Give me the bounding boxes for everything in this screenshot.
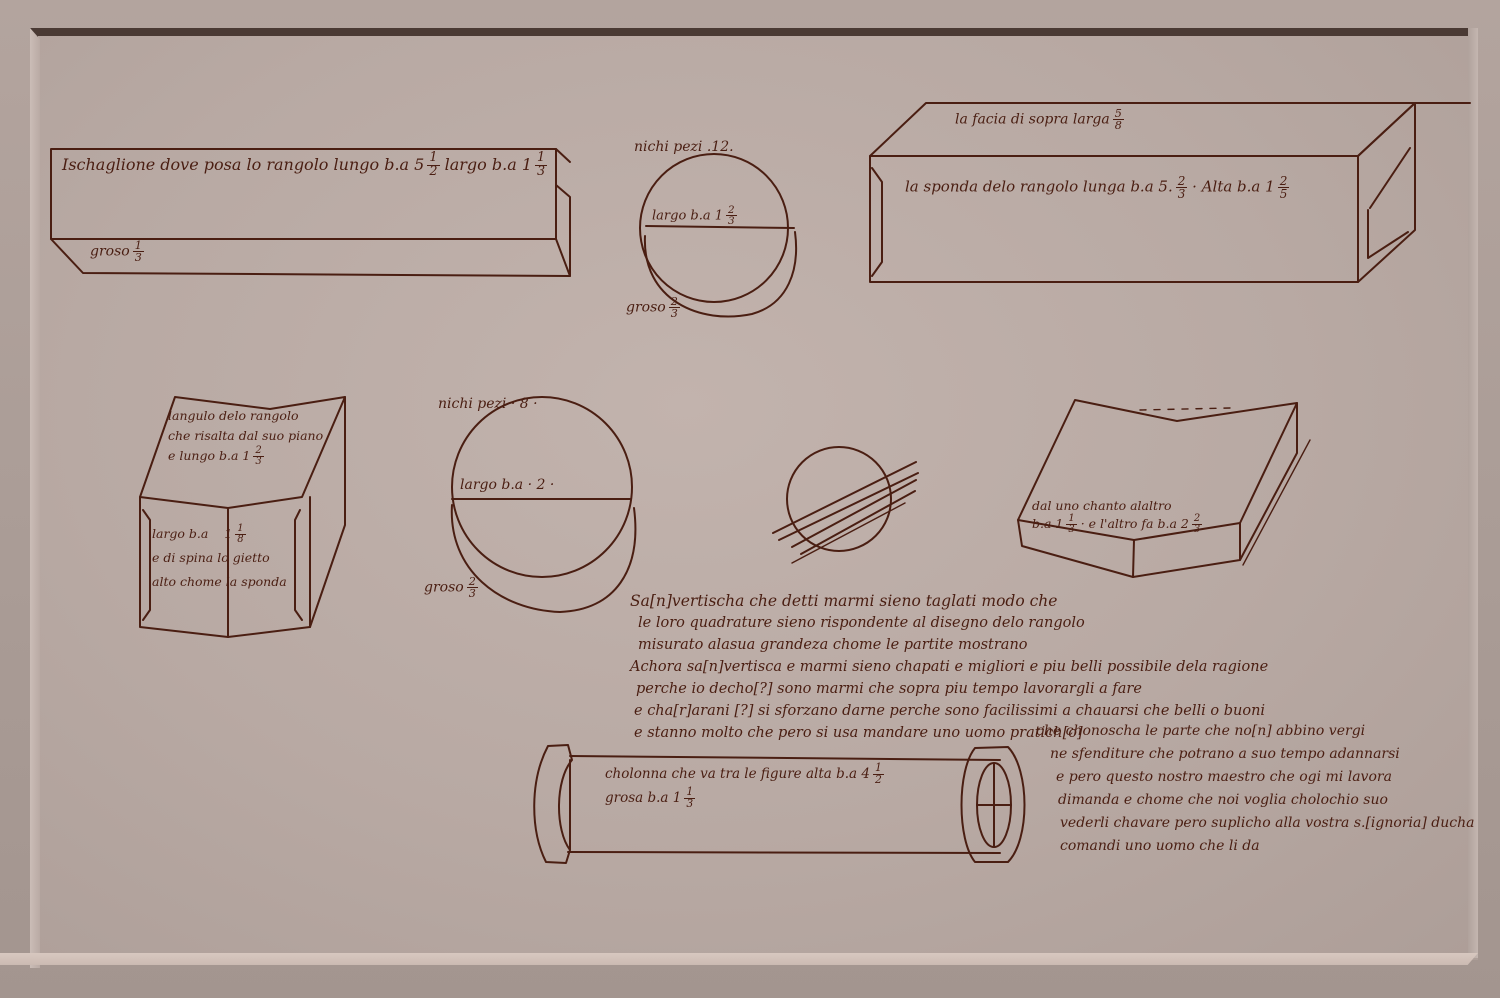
top-left-block-thickness: groso13 <box>90 240 144 263</box>
top-right-block-top-label: la facia di sopra larga58 <box>955 108 1124 131</box>
letter-text-right: che chonoscha le parte che no[n] abbino … <box>1040 720 1474 858</box>
letter-line: e pero questo nostro maestro che ogi mi … <box>1056 766 1474 789</box>
drawing-circle-with-strokes <box>773 447 918 563</box>
letter-line: Sa[n]vertischa che detti marmi sieno tag… <box>630 590 1268 612</box>
letter-line: Achora sa[n]vertisca e marmi sieno chapa… <box>630 656 1268 678</box>
mid-right-block-label: dal uno chanto alaltro b.a 113 · e l'alt… <box>1032 498 1202 535</box>
letter-line: ne sfenditure che potrano a suo tempo ad… <box>1050 743 1474 766</box>
mid-left-block-top-label: langulo delo rangolo che risalta dal suo… <box>168 406 323 467</box>
letter-line: vederli chavare pero suplicho alla vostr… <box>1060 812 1474 835</box>
letter-line: misurato alasua grandeza chome le partit… <box>638 634 1268 656</box>
letter-line: comandi uno uomo che li da <box>1060 835 1474 858</box>
letter-line: le loro quadrature sieno rispondente al … <box>638 612 1268 634</box>
drawing-mid-right-block <box>1018 400 1310 577</box>
letter-line: perche io decho[?] sono marmi che sopra … <box>636 678 1268 700</box>
column-label: cholonna che va tra le figure alta b.a 4… <box>605 762 884 810</box>
letter-line: che chonoscha le parte che no[n] abbino … <box>1036 720 1474 743</box>
letter-line: e cha[r]arani [?] si sforzano darne perc… <box>634 700 1268 722</box>
letter-line: dimanda e chome che noi voglia cholochio… <box>1058 789 1474 812</box>
drawing-mid-disc <box>452 397 636 612</box>
top-disc-width: largo b.a 123 <box>652 205 737 227</box>
top-right-block-label: la sponda delo rangolo lunga b.a 5.23 · … <box>905 175 1289 200</box>
mid-left-block-front-label: largo b.a 118 e di spina lo gietto alto … <box>152 522 287 594</box>
top-disc-count: nichi pezi .12. <box>634 140 734 154</box>
top-disc-thickness: groso23 <box>626 296 680 319</box>
top-left-block-label: Ischaglione dove posa lo rangolo lungo b… <box>62 152 547 179</box>
mid-disc-width: largo b.a · 2 · <box>460 478 554 492</box>
drawing-top-disc <box>640 154 796 317</box>
mid-disc-count: nichi pezi · 8 · <box>438 397 538 411</box>
mid-disc-thickness: groso23 <box>424 576 478 599</box>
